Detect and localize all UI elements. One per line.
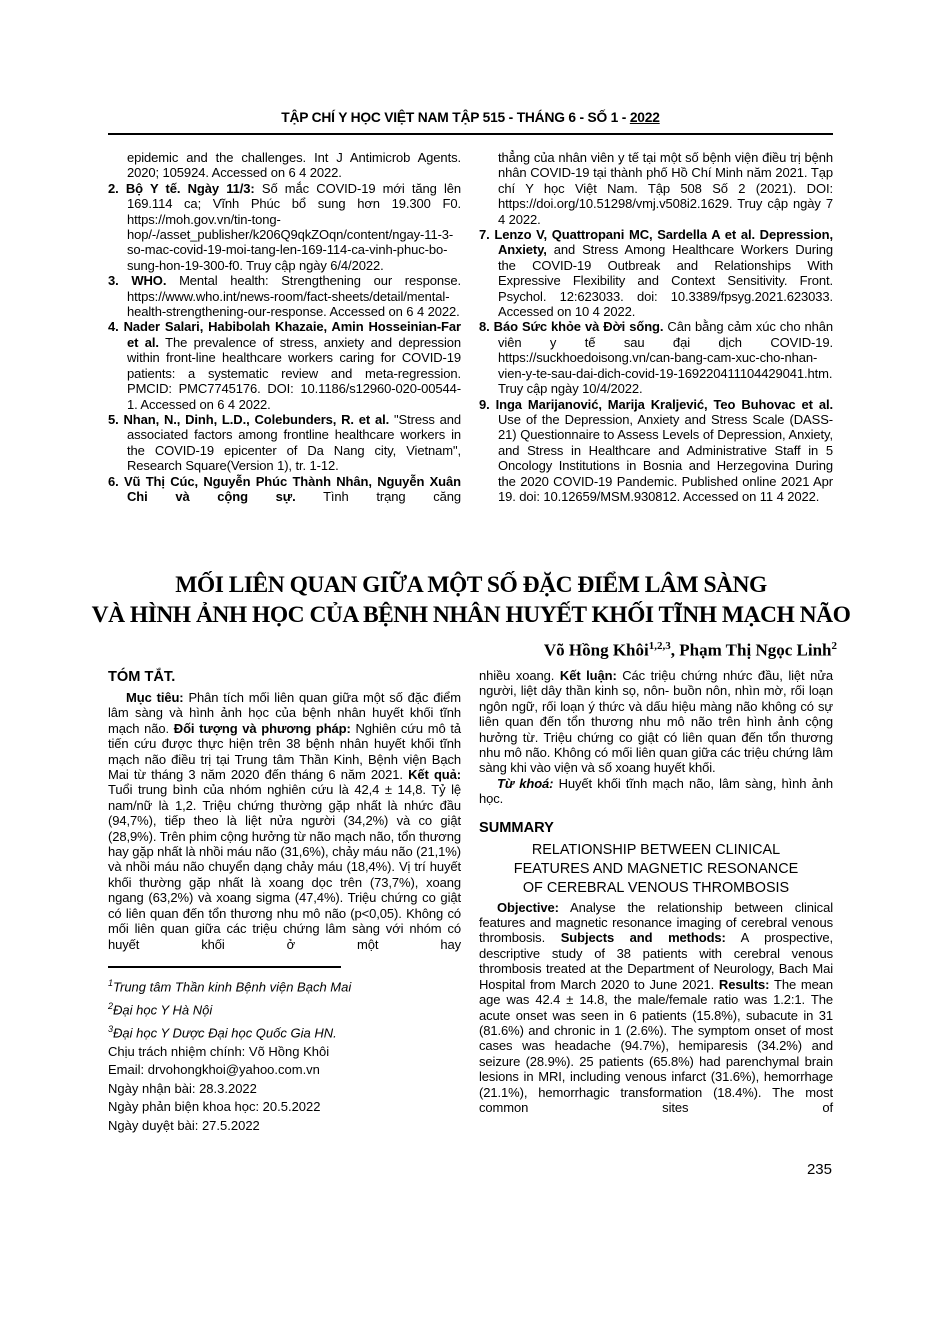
- summary-paragraph: Objective: Analyse the relationship betw…: [479, 900, 833, 1116]
- footnote-line: 3Đại học Y Dược Đại học Quốc Gia HN.: [108, 1020, 461, 1043]
- reference-item: 6. Vũ Thị Cúc, Nguyễn Phúc Thành Nhân, N…: [108, 474, 461, 505]
- reference-item: 5. Nhan, N., Dinh, L.D., Colebunders, R.…: [108, 412, 461, 474]
- keywords-paragraph: Từ khoá: Huyết khối tĩnh mạch não, lâm s…: [479, 776, 833, 807]
- header-rule: [108, 133, 833, 135]
- footnotes: 1Trung tâm Thần kinh Bệnh viện Bạch Mai2…: [108, 974, 461, 1136]
- footnote-line: Ngày duyệt bài: 27.5.2022: [108, 1117, 461, 1136]
- author-affiliation-superscript: 1,2,3: [649, 640, 671, 652]
- reference-column-right: thẳng của nhân viên y tế tại một số bệnh…: [479, 150, 833, 504]
- text-line: OF CEREBRAL VENOUS THROMBOSIS: [479, 879, 833, 898]
- body-column-right: nhiều xoang. Kết luận: Các triệu chứng n…: [479, 668, 833, 1136]
- summary-title: RELATIONSHIP BETWEEN CLINICALFEATURES AN…: [479, 841, 833, 898]
- text-line: VÀ HÌNH ẢNH HỌC CỦA BỆNH NHÂN HUYẾT KHỐI…: [60, 600, 882, 630]
- reference-item: 7. Lenzo V, Quattropani MC, Sardella A e…: [479, 227, 833, 319]
- reference-item: 2. Bộ Y tế. Ngày 11/3: Số mắc COVID-19 m…: [108, 181, 461, 273]
- running-head: TẬP CHÍ Y HỌC VIỆT NAM TẬP 515 - THÁNG 6…: [108, 110, 833, 125]
- footnote-line: Ngày nhận bài: 28.3.2022: [108, 1080, 461, 1099]
- reference-item: 9. Inga Marijanović, Marija Kraljević, T…: [479, 397, 833, 505]
- footnote-affiliations: 1Trung tâm Thần kinh Bệnh viện Bạch Mai2…: [108, 974, 461, 1043]
- footnote-contact-lines: Chịu trách nhiệm chính: Võ Hồng KhôiEmai…: [108, 1043, 461, 1136]
- reference-item: 4. Nader Salari, Habibolah Khazaie, Amin…: [108, 319, 461, 411]
- article-body: TÓM TẮT. Mục tiêu: Phân tích mối liên qu…: [108, 668, 833, 1136]
- author-line: Võ Hồng Khôi1,2,3, Phạm Thị Ngọc Linh2: [108, 635, 837, 662]
- footnote-line: Chịu trách nhiệm chính: Võ Hồng Khôi: [108, 1043, 461, 1062]
- journal-page: TẬP CHÍ Y HỌC VIỆT NAM TẬP 515 - THÁNG 6…: [0, 0, 942, 1333]
- footnote-rule: [108, 966, 341, 968]
- summary-heading: SUMMARY: [479, 819, 833, 838]
- article-title: MỐI LIÊN QUAN GIỮA MỘT SỐ ĐẶC ĐIỂM LÂM S…: [60, 570, 882, 630]
- abstract-heading: TÓM TẮT.: [108, 668, 461, 687]
- text-line: FEATURES AND MAGNETIC RESONANCE: [479, 860, 833, 879]
- footnote-line: 1Trung tâm Thần kinh Bệnh viện Bạch Mai: [108, 974, 461, 997]
- footnote-line: Ngày phản biện khoa học: 20.5.2022: [108, 1098, 461, 1117]
- abstract-paragraph: Mục tiêu: Phân tích mối liên quan giữa m…: [108, 690, 461, 952]
- body-column-left: TÓM TẮT. Mục tiêu: Phân tích mối liên qu…: [108, 668, 461, 1136]
- reference-item: thẳng của nhân viên y tế tại một số bệnh…: [479, 150, 833, 227]
- abstract-paragraph-continued: nhiều xoang. Kết luận: Các triệu chứng n…: [479, 668, 833, 776]
- reference-list: epidemic and the challenges. Int J Antim…: [108, 150, 833, 504]
- reference-item: epidemic and the challenges. Int J Antim…: [108, 150, 461, 181]
- running-head-year: 2022: [630, 110, 660, 125]
- author-name: Võ Hồng Khôi: [544, 641, 649, 660]
- reference-item: 3. WHO. Mental health: Strengthening our…: [108, 273, 461, 319]
- text-line: MỐI LIÊN QUAN GIỮA MỘT SỐ ĐẶC ĐIỂM LÂM S…: [60, 570, 882, 600]
- page-number: 235: [807, 1162, 832, 1177]
- text-line: RELATIONSHIP BETWEEN CLINICAL: [479, 841, 833, 860]
- reference-column-left: epidemic and the challenges. Int J Antim…: [108, 150, 461, 504]
- footnote-line: 2Đại học Y Hà Nội: [108, 997, 461, 1020]
- running-head-text: TẬP CHÍ Y HỌC VIỆT NAM TẬP 515 - THÁNG 6…: [281, 110, 630, 125]
- footnote-line: Email: drvohongkhoi@yahoo.com.vn: [108, 1061, 461, 1080]
- author-name: , Phạm Thị Ngọc Linh: [671, 641, 832, 660]
- author-affiliation-superscript: 2: [832, 640, 838, 652]
- reference-item: 8. Báo Sức khỏe và Đời sống. Cân bằng cả…: [479, 319, 833, 396]
